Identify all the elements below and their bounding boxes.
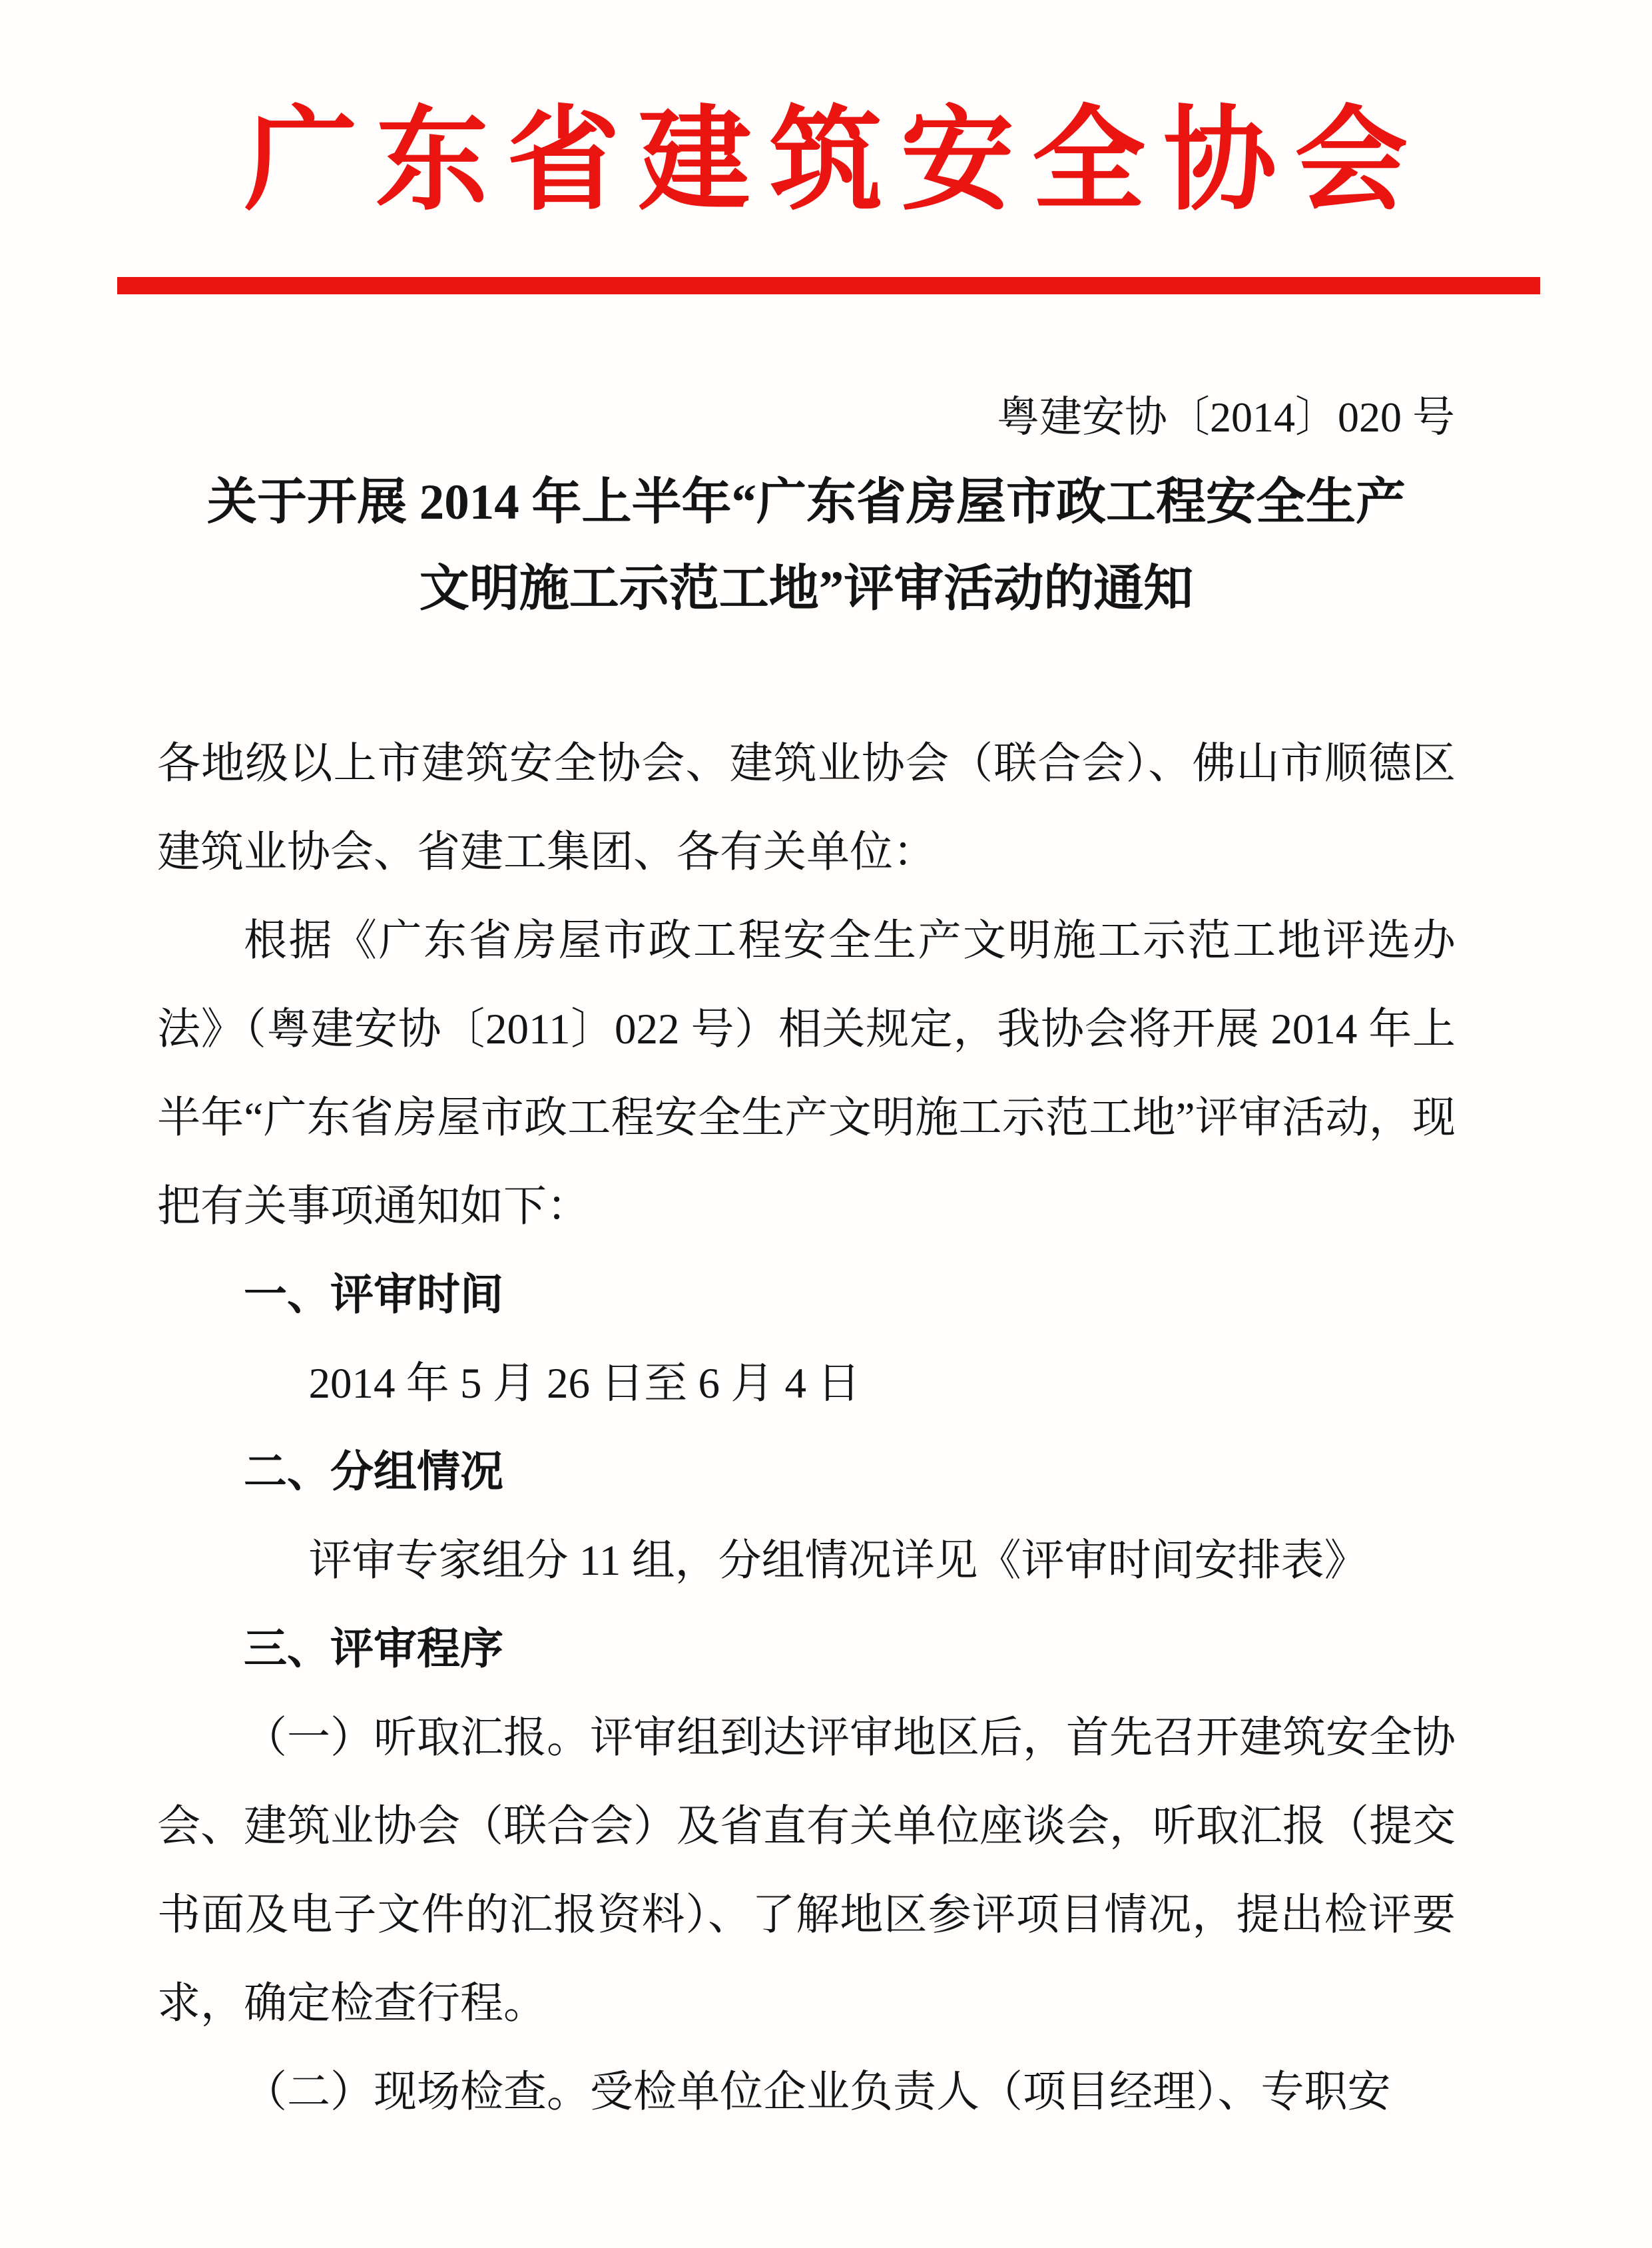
intro-paragraph: 根据《广东省房屋市政工程安全生产文明施工示范工地评选办法》（粤建安协〔2011〕… bbox=[157, 897, 1456, 1251]
section-3-item-1: （一）听取汇报。评审组到达评审地区后，首先召开建筑安全协会、建筑业协会（联合会）… bbox=[157, 1694, 1456, 2048]
notice-title-line2: 文明施工示范工地”评审活动的通知 bbox=[157, 546, 1456, 633]
notice-body: 各地级以上市建筑安全协会、建筑业协会（联合会）、佛山市顺德区建筑业协会、省建工集… bbox=[157, 720, 1456, 2137]
section-3-item-2: （二）现场检查。受检单位企业负责人（项目经理）、专职安 bbox=[157, 2048, 1456, 2137]
notice-title-line1: 关于开展 2014 年上半年“广东省房屋市政工程安全生产 bbox=[157, 459, 1456, 546]
section-1-content: 2014 年 5 月 26 日至 6 月 4 日 bbox=[157, 1340, 1456, 1428]
section-2-heading: 二、分组情况 bbox=[157, 1428, 1456, 1517]
notice-title: 关于开展 2014 年上半年“广东省房屋市政工程安全生产 文明施工示范工地”评审… bbox=[157, 459, 1456, 633]
section-1-heading: 一、评审时间 bbox=[157, 1251, 1456, 1340]
org-name-header: 广东省建筑安全协会 bbox=[0, 93, 1652, 229]
doc-number: 粤建安协〔2014〕020 号 bbox=[997, 390, 1455, 445]
section-2-content: 评审专家组分 11 组，分组情况详见《评审时间安排表》 bbox=[157, 1517, 1456, 1605]
red-divider-line bbox=[117, 277, 1540, 294]
section-3-heading: 三、评审程序 bbox=[157, 1605, 1456, 1694]
salutation-paragraph: 各地级以上市建筑安全协会、建筑业协会（联合会）、佛山市顺德区建筑业协会、省建工集… bbox=[157, 720, 1456, 897]
document-page: 广东省建筑安全协会 粤建安协〔2014〕020 号 关于开展 2014 年上半年… bbox=[0, 0, 1652, 2248]
